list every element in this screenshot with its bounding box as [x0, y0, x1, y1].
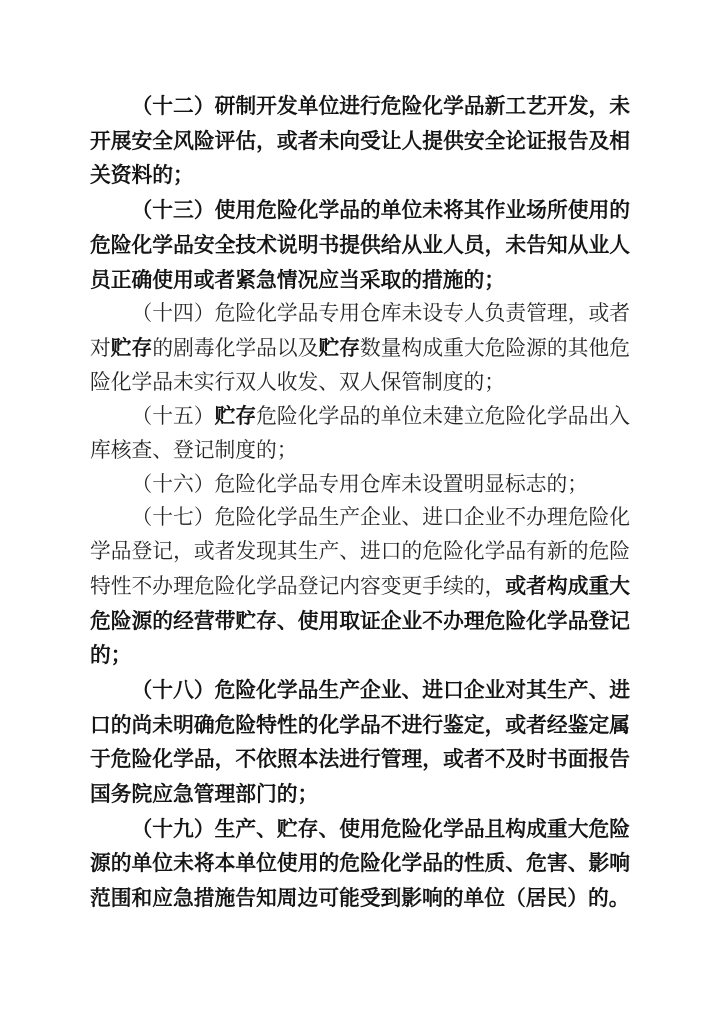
bold-text-segment-clause-15-1: 贮存: [215, 405, 257, 428]
paragraph-clause-16: （十六）危险化学品专用仓库未设置明显标志的；: [90, 469, 630, 503]
bold-text-segment-clause-19-0: （十九）生产、贮存、使用危险化学品且构成重大危险源的单位未将本单位使用的危险化学…: [90, 818, 630, 910]
paragraph-clause-18: （十八）危险化学品生产企业、进口企业对其生产、进口的尚未明确危险特性的化学品不进…: [90, 674, 630, 813]
paragraph-clause-13: （十三）使用危险化学品的单位未将其作业场所使用的危险化学品安全技术说明书提供给从…: [90, 194, 630, 298]
paragraph-clause-19: （十九）生产、贮存、使用危险化学品且构成重大危险源的单位未将本单位使用的危险化学…: [90, 813, 630, 917]
bold-text-segment-clause-14-3: 贮存: [318, 337, 360, 360]
bold-text-segment-clause-14-1: 贮存: [111, 337, 153, 360]
text-segment-clause-14-2: 的剧毒化学品以及: [152, 338, 318, 360]
text-segment-clause-15-0: （十五）: [132, 406, 215, 428]
paragraph-clause-17: （十七）危险化学品生产企业、进口企业不办理危险化学品登记，或者发现其生产、进口的…: [90, 502, 630, 674]
document-page: （十二）研制开发单位进行危险化学品新工艺开发，未开展安全风险评估，或者未向受让人…: [0, 0, 720, 1018]
document-body: （十二）研制开发单位进行危险化学品新工艺开发，未开展安全风险评估，或者未向受让人…: [90, 90, 630, 917]
bold-text-segment-clause-12-0: （十二）研制开发单位进行危险化学品新工艺开发，未开展安全风险评估，或者未向受让人…: [90, 95, 630, 187]
paragraph-clause-12: （十二）研制开发单位进行危险化学品新工艺开发，未开展安全风险评估，或者未向受让人…: [90, 90, 630, 194]
text-segment-clause-16-0: （十六）危险化学品专用仓库未设置明显标志的；: [132, 474, 589, 496]
bold-text-segment-clause-18-0: （十八）危险化学品生产企业、进口企业对其生产、进口的尚未明确危险特性的化学品不进…: [90, 679, 630, 806]
paragraph-clause-14: （十四）危险化学品专用仓库未设专人负责管理，或者对贮存的剧毒化学品以及贮存数量构…: [90, 298, 630, 400]
paragraph-clause-15: （十五）贮存危险化学品的单位未建立危险化学品出入库核查、登记制度的；: [90, 400, 630, 468]
bold-text-segment-clause-13-0: （十三）使用危险化学品的单位未将其作业场所使用的危险化学品安全技术说明书提供给从…: [90, 199, 630, 291]
